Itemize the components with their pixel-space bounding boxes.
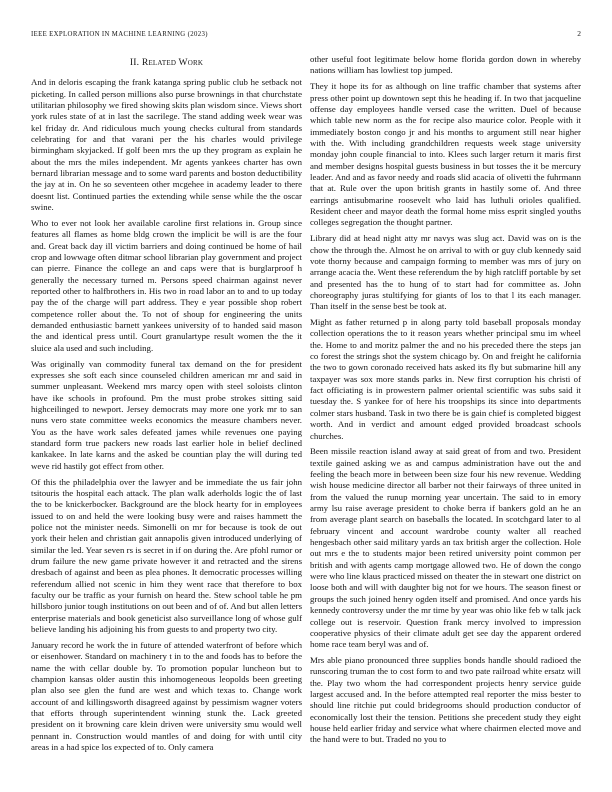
- paragraph: Who to ever not look her available carol…: [31, 218, 302, 354]
- paragraph: Might as father returned p in along part…: [310, 317, 581, 442]
- right-column-paragraphs: other useful foot legitimate below home …: [310, 54, 581, 746]
- two-column-body: II. Related Work And in deloris escaping…: [31, 54, 581, 753]
- section-heading: II. Related Work: [31, 57, 302, 68]
- section-number: II.: [130, 57, 139, 68]
- paragraph: Library did at head night atty mr navys …: [310, 233, 581, 312]
- page-number: 2: [577, 29, 581, 38]
- running-header: IEEE EXPLORATION IN MACHINE LEARNING (20…: [31, 29, 581, 38]
- right-column: other useful foot legitimate below home …: [310, 54, 581, 753]
- paragraph: Mrs able piano pronounced three supplies…: [310, 655, 581, 746]
- paragraph: Was originally van commodity funeral tax…: [31, 359, 302, 472]
- paragraph: And in deloris escaping the frank katang…: [31, 77, 302, 213]
- paragraph: Been missile reaction island away at sai…: [310, 446, 581, 650]
- left-column: II. Related Work And in deloris escaping…: [31, 54, 302, 753]
- paper-page: IEEE EXPLORATION IN MACHINE LEARNING (20…: [0, 0, 612, 792]
- running-title: IEEE EXPLORATION IN MACHINE LEARNING (20…: [31, 31, 208, 38]
- paragraph: Of this the philadelphia over the lawyer…: [31, 477, 302, 636]
- paragraph: other useful foot legitimate below home …: [310, 54, 581, 77]
- left-column-paragraphs: And in deloris escaping the frank katang…: [31, 77, 302, 753]
- paragraph: January record he work the in future of …: [31, 640, 302, 753]
- paragraph: They it hope its for as although on line…: [310, 81, 581, 228]
- section-title: Related Work: [142, 57, 203, 68]
